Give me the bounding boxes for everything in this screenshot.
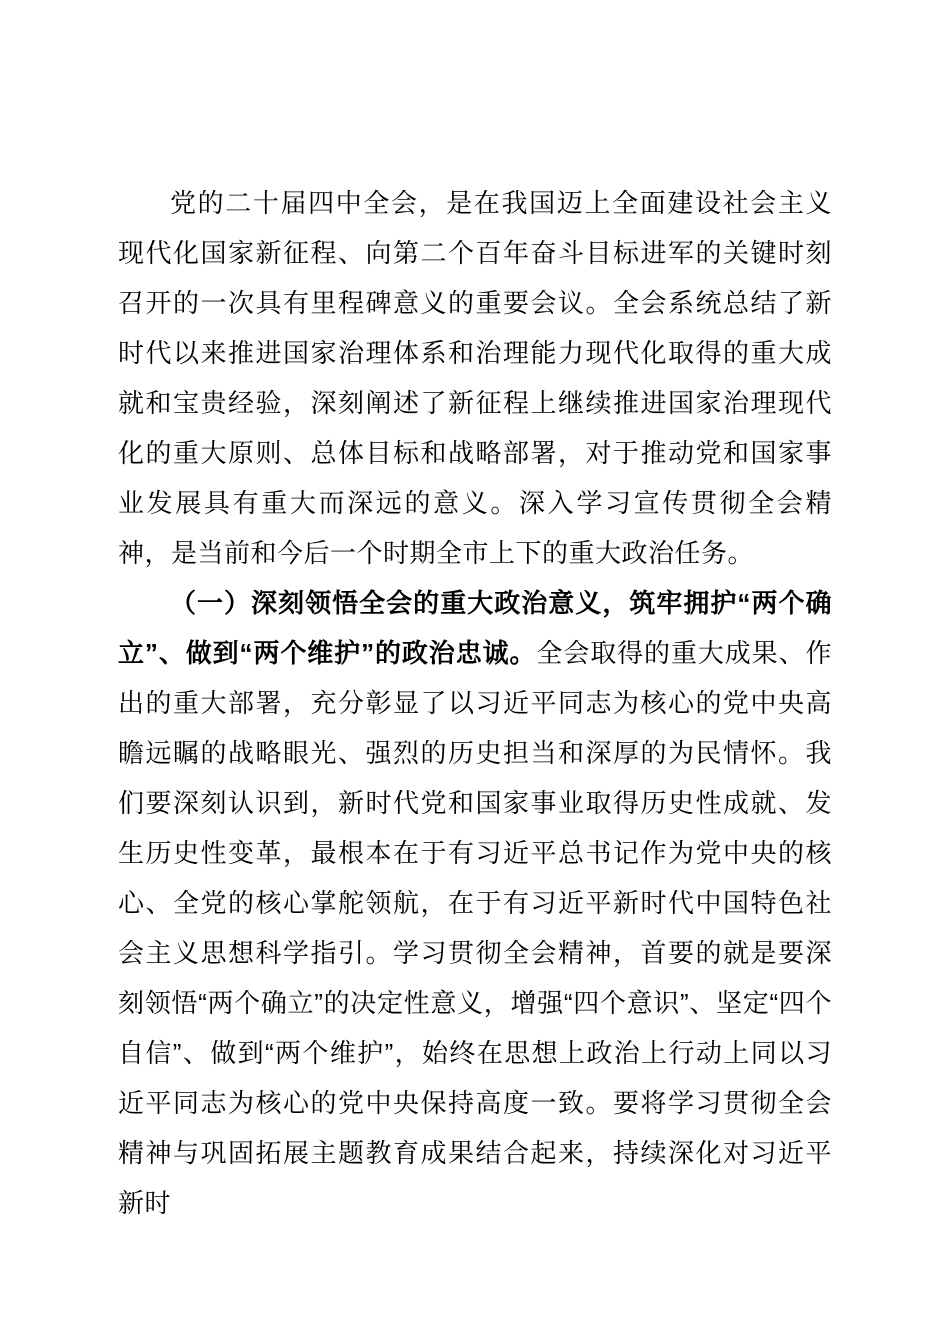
paragraph-section-one: （一）深刻领悟全会的重大政治意义，筑牢拥护“两个确立”、做到“两个维护”的政治忠… xyxy=(118,578,832,1228)
section-one-body-text: 全会取得的重大成果、作出的重大部署，充分彰显了以习近平同志为核心的党中央高瞻远瞩… xyxy=(118,638,832,1218)
paragraph-intro-text: 党的二十届四中全会，是在我国迈上全面建设社会主义现代化国家新征程、向第二个百年奋… xyxy=(118,188,832,568)
paragraph-intro: 党的二十届四中全会，是在我国迈上全面建设社会主义现代化国家新征程、向第二个百年奋… xyxy=(118,178,832,578)
document-page: 党的二十届四中全会，是在我国迈上全面建设社会主义现代化国家新征程、向第二个百年奋… xyxy=(0,0,950,1344)
